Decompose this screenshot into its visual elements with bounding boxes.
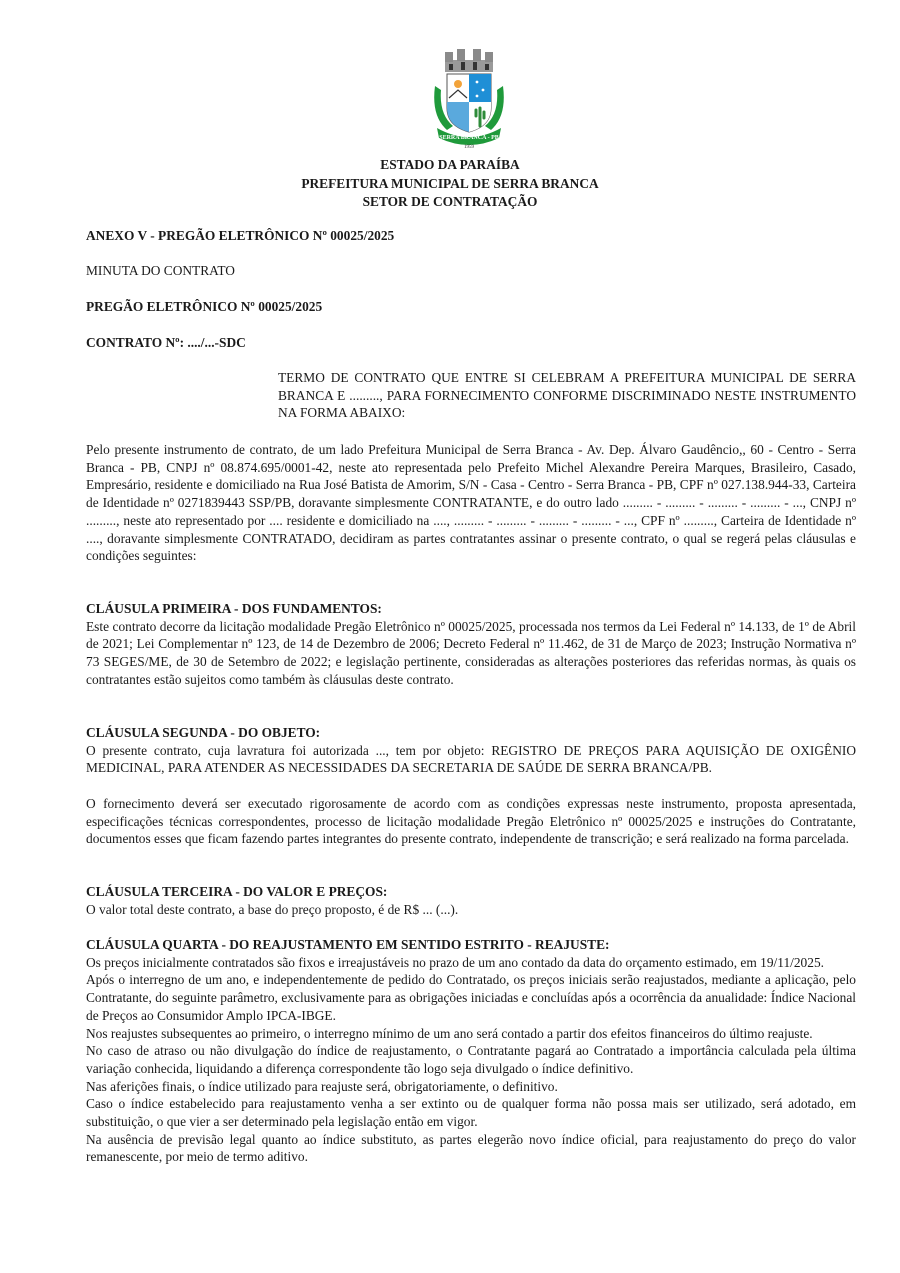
clause-paragraph: Os preços inicialmente contratados são f… bbox=[86, 954, 856, 972]
clause-paragraph: Após o interregno de um ano, e independe… bbox=[86, 971, 856, 1024]
clause-title: CLÁUSULA QUARTA - DO REAJUSTAMENTO EM SE… bbox=[86, 936, 856, 954]
clause-paragraph: O presente contrato, cuja lavratura foi … bbox=[86, 742, 856, 777]
pregao-title: PREGÃO ELETRÔNICO Nº 00025/2025 bbox=[86, 299, 322, 315]
clause-title: CLÁUSULA SEGUNDA - DO OBJETO: bbox=[86, 724, 856, 742]
clause-title: CLÁUSULA TERCEIRA - DO VALOR E PREÇOS: bbox=[86, 883, 856, 901]
annex-title: ANEXO V - PREGÃO ELETRÔNICO Nº 00025/202… bbox=[86, 228, 394, 244]
document-header: ESTADO DA PARAÍBA PREFEITURA MUNICIPAL D… bbox=[0, 156, 900, 212]
contract-preamble: Pelo presente instrumento de contrato, d… bbox=[86, 441, 856, 565]
clause-4: CLÁUSULA QUARTA - DO REAJUSTAMENTO EM SE… bbox=[86, 936, 856, 1166]
clause-paragraph: Este contrato decorre da licitação modal… bbox=[86, 618, 856, 689]
clause-3: CLÁUSULA TERCEIRA - DO VALOR E PREÇOS: O… bbox=[86, 883, 856, 918]
clause-paragraph: Na ausência de previsão legal quanto ao … bbox=[86, 1131, 856, 1166]
contract-number: CONTRATO Nº: ..../...-SDC bbox=[86, 335, 246, 351]
municipal-crest-logo: SERRA BRANCA - PB 1959 bbox=[427, 46, 511, 150]
crown-icon bbox=[445, 49, 493, 72]
contract-intro: TERMO DE CONTRATO QUE ENTRE SI CELEBRAM … bbox=[278, 369, 856, 422]
svg-text:1959: 1959 bbox=[464, 145, 475, 150]
clause-title: CLÁUSULA PRIMEIRA - DOS FUNDAMENTOS: bbox=[86, 600, 856, 618]
clause-paragraph: Nas aferições finais, o índice utilizado… bbox=[86, 1078, 856, 1096]
clause-paragraph: O fornecimento deverá ser executado rigo… bbox=[86, 795, 856, 848]
clause-paragraph: O valor total deste contrato, a base do … bbox=[86, 901, 856, 919]
header-state: ESTADO DA PARAÍBA bbox=[0, 156, 900, 175]
clause-paragraph: Nos reajustes subsequentes ao primeiro, … bbox=[86, 1025, 856, 1043]
clause-paragraph: No caso de atraso ou não divulgação do í… bbox=[86, 1042, 856, 1077]
preamble-text: Pelo presente instrumento de contrato, d… bbox=[86, 441, 856, 565]
draft-label: MINUTA DO CONTRATO bbox=[86, 263, 235, 279]
header-prefecture: PREFEITURA MUNICIPAL DE SERRA BRANCA bbox=[0, 175, 900, 194]
clause-1: CLÁUSULA PRIMEIRA - DOS FUNDAMENTOS: Est… bbox=[86, 600, 856, 689]
clause-2: CLÁUSULA SEGUNDA - DO OBJETO: O presente… bbox=[86, 724, 856, 848]
clause-paragraph: Caso o índice estabelecido para reajusta… bbox=[86, 1095, 856, 1130]
header-sector: SETOR DE CONTRATAÇÃO bbox=[0, 193, 900, 212]
svg-text:SERRA BRANCA - PB: SERRA BRANCA - PB bbox=[439, 135, 499, 141]
